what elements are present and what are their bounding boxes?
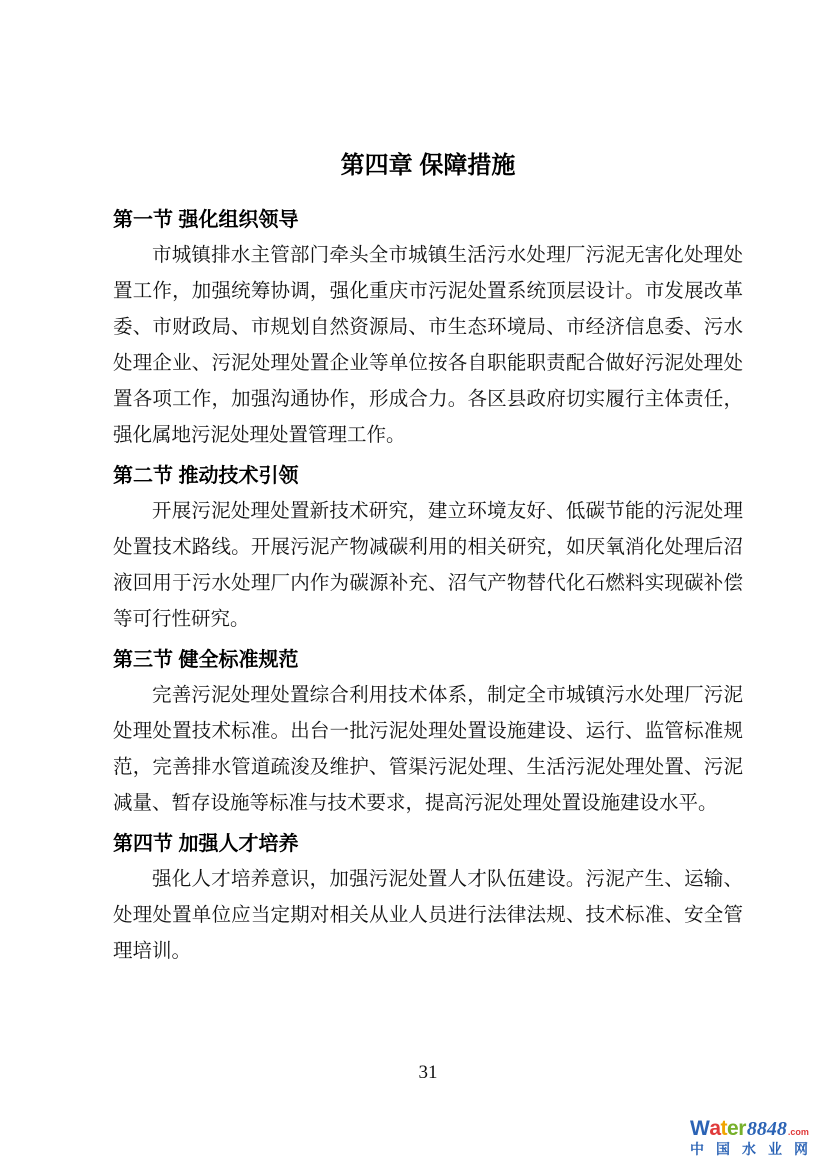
section-paragraph-4: 强化人才培养意识，加强污泥处置人才队伍建设。污泥产生、运输、处理处置单位应当定期… xyxy=(113,862,743,970)
section-heading-2: 第二节 推动技术引领 xyxy=(113,461,743,491)
brand-letter-e: e xyxy=(727,1118,738,1139)
section-heading-3: 第三节 健全标准规范 xyxy=(113,645,743,675)
chapter-title: 第四章 保障措施 xyxy=(113,148,743,184)
brand-letter-r: r xyxy=(738,1118,746,1139)
document-text-block: 第四章 保障措施 第一节 强化组织领导 市城镇排水主管部门牵头全市城镇生活污水处… xyxy=(113,0,743,970)
brand-letter-a: a xyxy=(709,1118,720,1139)
section-paragraph-2: 开展污泥处理处置新技术研究，建立环境友好、低碳节能的污泥处理处置技术路线。开展污… xyxy=(113,494,743,638)
section-heading-1: 第一节 强化组织领导 xyxy=(113,205,743,235)
brand-letter-w: W xyxy=(690,1118,709,1139)
section-paragraph-3: 完善污泥处理处置综合利用技术体系，制定全市城镇污水处理厂污泥处理处置技术标准。出… xyxy=(113,678,743,822)
watermark-subtitle: 中国水业网 xyxy=(690,1142,826,1156)
document-page: 第四章 保障措施 第一节 强化组织领导 市城镇排水主管部门牵头全市城镇生活污水处… xyxy=(0,0,826,1169)
section-heading-4: 第四节 加强人才培养 xyxy=(113,829,743,859)
water8848-watermark-logo: W a t e r 8848 .com 中国水业网 xyxy=(690,1118,820,1156)
section-paragraph-1: 市城镇排水主管部门牵头全市城镇生活污水处理厂污泥无害化处理处置工作，加强统筹协调… xyxy=(113,238,743,454)
page-number: 31 xyxy=(113,1062,743,1084)
watermark-brand-line: W a t e r 8848 .com xyxy=(690,1118,820,1139)
brand-number: 8848 xyxy=(747,1119,787,1139)
brand-tld: .com xyxy=(788,1128,809,1137)
